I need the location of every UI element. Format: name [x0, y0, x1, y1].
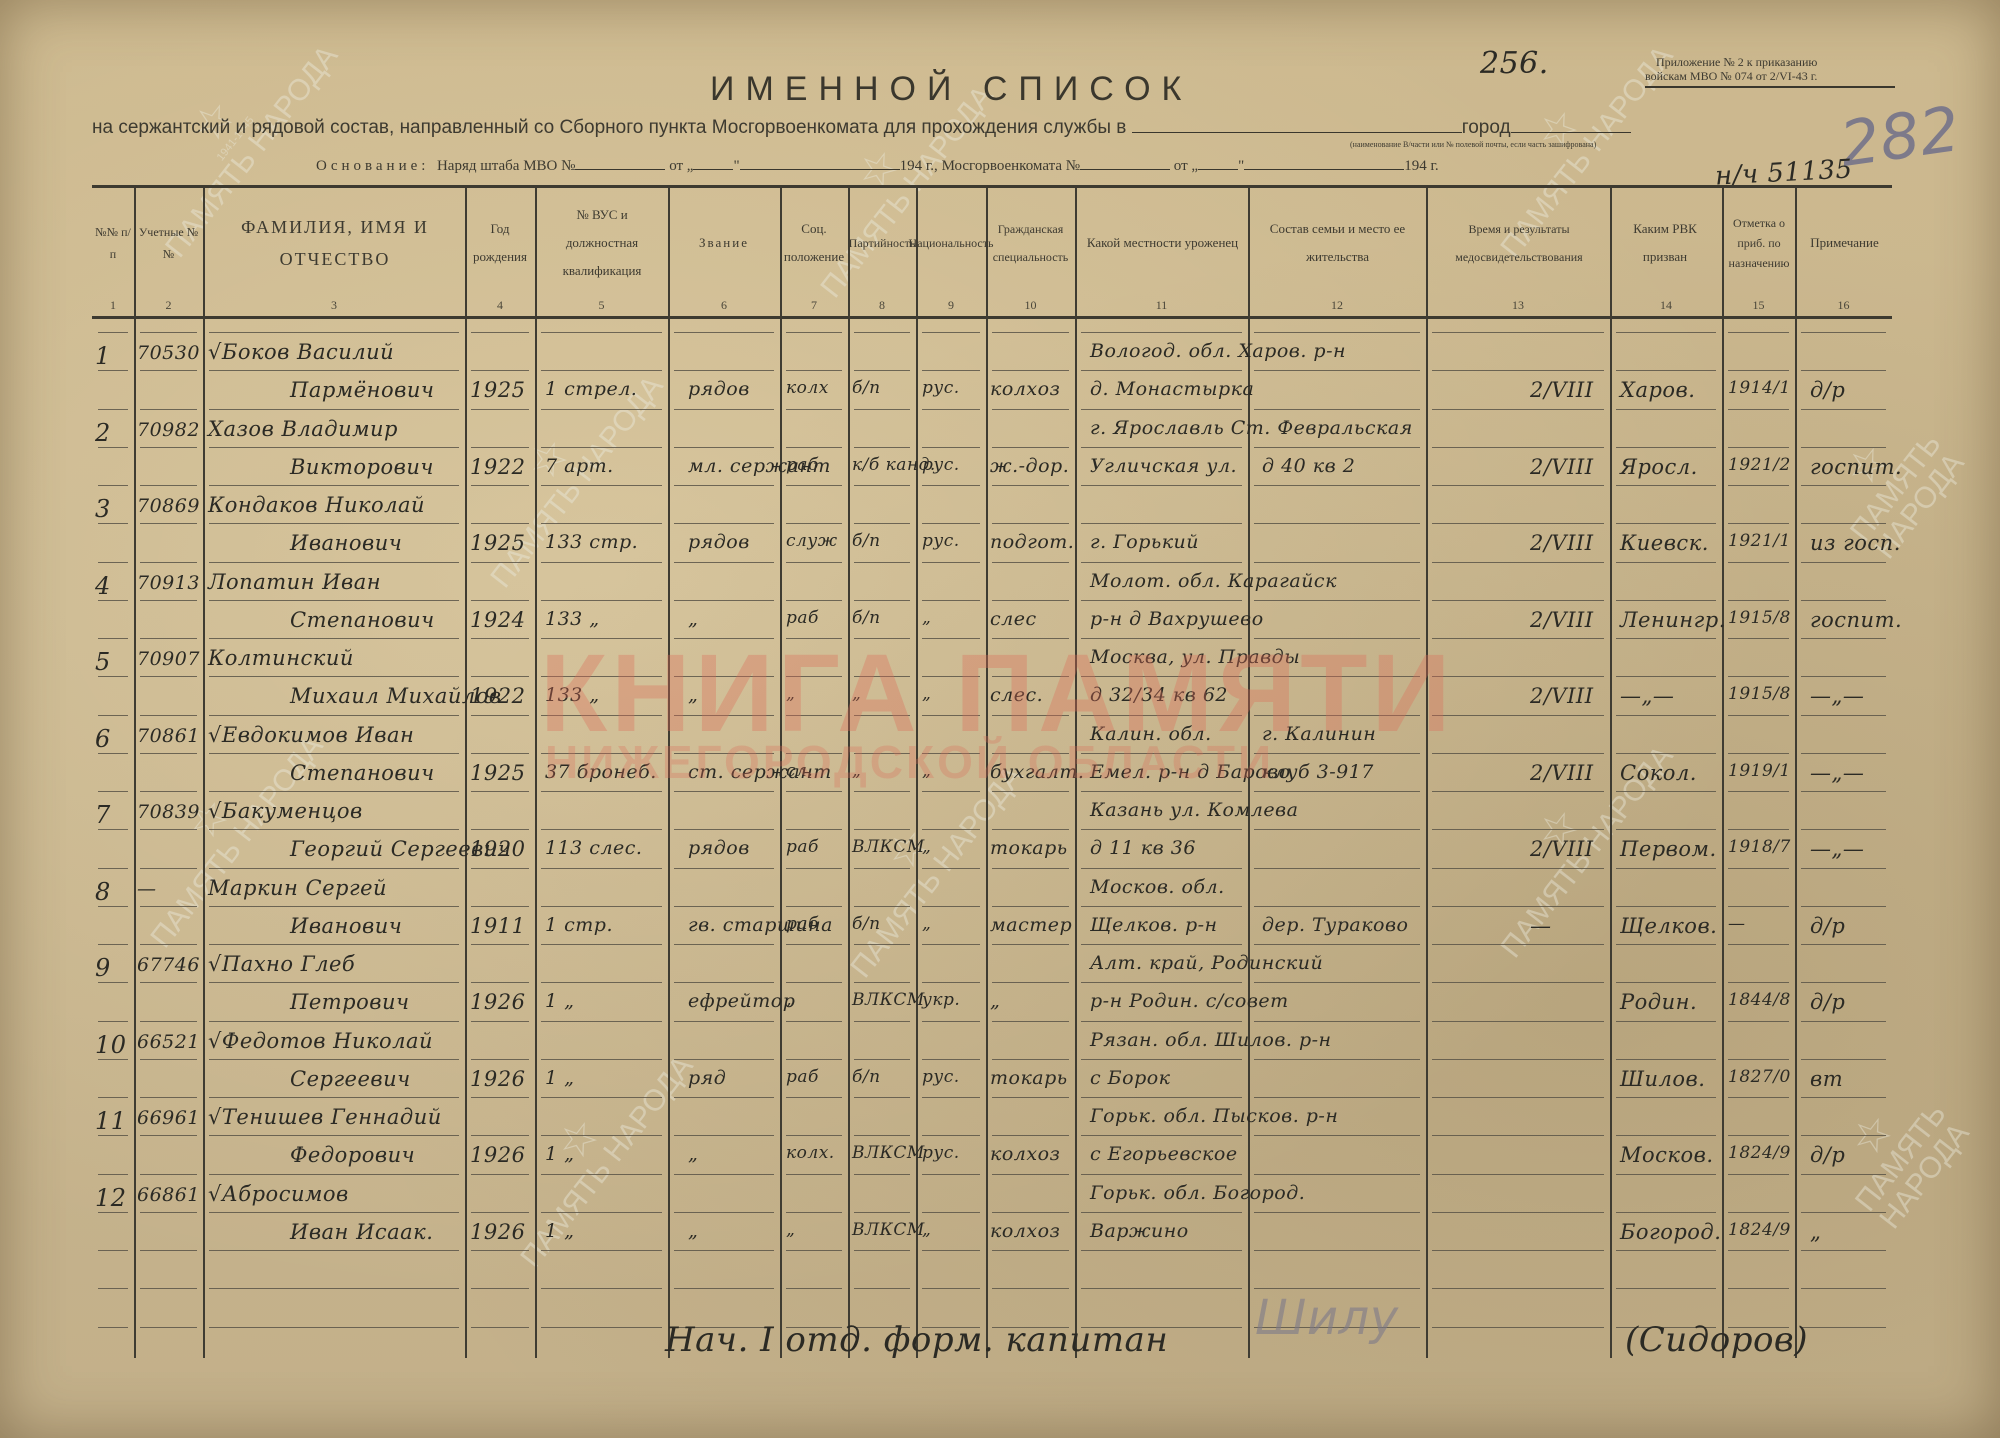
- ruled-line: [854, 485, 910, 486]
- ruled-line: [786, 485, 842, 486]
- ruled-line: [786, 1212, 842, 1213]
- ruled-line: [922, 600, 980, 601]
- ruled-line: [992, 1135, 1069, 1136]
- cell-rank: „: [688, 1143, 698, 1165]
- cell-spec: „: [990, 990, 1000, 1012]
- ruled-line: [1616, 791, 1716, 792]
- ruled-line: [1728, 447, 1789, 448]
- ruled-line: [992, 982, 1069, 983]
- ruled-line: [1728, 523, 1789, 524]
- ruled-line: [471, 370, 529, 371]
- column-number: 2: [134, 298, 203, 313]
- ruled-line: [1616, 485, 1716, 486]
- header-rank: Звание: [670, 195, 778, 290]
- cell-mark: 1921/1: [1728, 531, 1791, 551]
- ruled-line: [786, 868, 842, 869]
- ruled-line: [1728, 753, 1789, 754]
- ruled-line: [1254, 1097, 1420, 1098]
- ruled-line: [140, 753, 197, 754]
- ruled-line: [1081, 485, 1242, 486]
- ruled-line: [209, 523, 459, 524]
- ruled-line: [140, 562, 197, 563]
- ruled-line: [471, 1021, 529, 1022]
- ruled-line: [1616, 370, 1716, 371]
- ruled-line: [1432, 1097, 1604, 1098]
- ruled-line: [922, 791, 980, 792]
- ruled-line: [140, 868, 197, 869]
- header-birth-year: Год рождения: [467, 195, 533, 290]
- ruled-line: [1616, 332, 1716, 333]
- ruled-line: [854, 1212, 910, 1213]
- ruled-line: [674, 944, 774, 945]
- ruled-line: [140, 1288, 197, 1289]
- ruled-line: [1432, 562, 1604, 563]
- cell-n: 2: [95, 419, 111, 447]
- ruled-line: [209, 868, 459, 869]
- ruled-line: [1728, 982, 1789, 983]
- cell-med: 2/VIII: [1530, 684, 1594, 708]
- ruled-line: [1254, 791, 1420, 792]
- ruled-line: [1728, 1250, 1789, 1251]
- cell-name1: Колтинский: [208, 646, 354, 670]
- cell-name2: Иван Исаак.: [290, 1220, 433, 1244]
- basis-line: Основание: Наряд штаба МВО № от „"194 г.…: [316, 155, 1439, 175]
- ruled-line: [854, 523, 910, 524]
- ruled-line: [674, 1288, 774, 1289]
- cell-mark: 1921/2: [1728, 455, 1791, 475]
- ruled-line: [674, 1021, 774, 1022]
- ruled-line: [209, 791, 459, 792]
- ruled-line: [98, 715, 128, 716]
- ruled-line: [140, 791, 197, 792]
- header-arrival-mark: Отметка о приб. по назначению: [1724, 195, 1794, 290]
- cell-name2: Степанович: [290, 761, 435, 785]
- cell-vus: 133 стр.: [545, 531, 638, 553]
- cell-mark: 1919/1: [1728, 761, 1791, 781]
- ruled-line: [541, 829, 662, 830]
- ruled-line: [786, 1097, 842, 1098]
- ruled-line: [854, 1250, 910, 1251]
- ruled-line: [1728, 906, 1789, 907]
- ruled-line: [541, 868, 662, 869]
- ruled-line: [140, 600, 197, 601]
- ruled-line: [1616, 600, 1716, 601]
- cell-rvk: Харов.: [1620, 378, 1695, 402]
- appendix-underline: [1645, 86, 1895, 88]
- ruled-line: [786, 600, 842, 601]
- ruled-line: [1616, 715, 1716, 716]
- ruled-line: [1254, 944, 1420, 945]
- ruled-line: [854, 1174, 910, 1175]
- ruled-line: [1432, 638, 1604, 639]
- ruled-line: [1616, 982, 1716, 983]
- ruled-line: [1081, 1097, 1242, 1098]
- cell-origin2: д 11 кв 36: [1090, 837, 1196, 859]
- ruled-line: [674, 332, 774, 333]
- cell-med: 2/VIII: [1530, 837, 1594, 861]
- ruled-line: [922, 370, 980, 371]
- col-divider: [465, 188, 467, 1358]
- cell-rvk: Богород.: [1620, 1220, 1721, 1244]
- ruled-line: [209, 1288, 459, 1289]
- ruled-line: [209, 1212, 459, 1213]
- cell-note: д/р: [1810, 1143, 1845, 1167]
- ruled-line: [541, 906, 662, 907]
- ruled-line: [1081, 409, 1242, 410]
- cell-year: 1926: [470, 1220, 525, 1244]
- ruled-line: [471, 523, 529, 524]
- col-divider: [1795, 188, 1797, 1358]
- cell-vus: 1 „: [545, 990, 574, 1012]
- ruled-line: [1432, 868, 1604, 869]
- column-number: 5: [535, 298, 668, 313]
- ruled-line: [1728, 1212, 1789, 1213]
- ruled-line: [1432, 829, 1604, 830]
- cell-year: 1926: [470, 990, 525, 1014]
- ruled-line: [1081, 944, 1242, 945]
- ruled-line: [541, 485, 662, 486]
- cell-n: 3: [95, 495, 111, 523]
- ruled-line: [1616, 676, 1716, 677]
- header-social-status: Соц. положение: [782, 195, 846, 290]
- ruled-line: [786, 447, 842, 448]
- ruled-line: [1801, 562, 1886, 563]
- ruled-line: [98, 1250, 128, 1251]
- ruled-line: [1254, 868, 1420, 869]
- ruled-line: [541, 1021, 662, 1022]
- ruled-line: [209, 1174, 459, 1175]
- ruled-line: [922, 1021, 980, 1022]
- ruled-line: [1081, 791, 1242, 792]
- cell-spec: токарь: [990, 1067, 1068, 1089]
- cell-rank: ряд: [688, 1067, 726, 1089]
- cell-party: б/п: [852, 531, 881, 551]
- ruled-line: [98, 753, 128, 754]
- ruled-line: [992, 1059, 1069, 1060]
- ruled-line: [674, 523, 774, 524]
- cell-mark: —: [1728, 914, 1746, 934]
- ruled-line: [674, 1059, 774, 1060]
- cell-n: 5: [95, 648, 111, 676]
- ruled-line: [922, 523, 980, 524]
- ruled-line: [471, 1135, 529, 1136]
- ruled-line: [1081, 1059, 1242, 1060]
- ruled-line: [1432, 1288, 1604, 1289]
- ruled-line: [140, 1097, 197, 1098]
- ruled-line: [1081, 1250, 1242, 1251]
- cell-name1: √Евдокимов Иван: [208, 723, 414, 747]
- ruled-line: [1081, 906, 1242, 907]
- ruled-line: [471, 906, 529, 907]
- ruled-line: [541, 1135, 662, 1136]
- ruled-line: [1728, 868, 1789, 869]
- ruled-line: [1432, 1250, 1604, 1251]
- cell-origin1: г. Ярославль Ст. Февральская: [1090, 417, 1413, 439]
- ruled-line: [992, 1288, 1069, 1289]
- ruled-line: [541, 1174, 662, 1175]
- ruled-line: [1081, 868, 1242, 869]
- ruled-line: [471, 1327, 529, 1328]
- ruled-line: [992, 485, 1069, 486]
- ruled-line: [140, 1327, 197, 1328]
- ruled-line: [1801, 715, 1886, 716]
- ruled-line: [1432, 1135, 1604, 1136]
- column-number: 13: [1426, 298, 1610, 313]
- cell-soc: раб: [786, 608, 819, 628]
- cell-n: 1: [95, 342, 111, 370]
- ruled-line: [1616, 944, 1716, 945]
- document-subtitle: на сержантский и рядовой состав, направл…: [92, 117, 1631, 139]
- ruled-line: [992, 447, 1069, 448]
- column-number: 16: [1795, 298, 1892, 313]
- ruled-line: [854, 906, 910, 907]
- pencil-signature: Шилу: [1255, 1290, 1399, 1346]
- cell-year: 1925: [470, 531, 525, 555]
- ruled-line: [992, 562, 1069, 563]
- column-number: 8: [848, 298, 916, 313]
- ruled-line: [1801, 1250, 1886, 1251]
- cell-acc: 70839: [137, 801, 200, 823]
- ruled-line: [140, 332, 197, 333]
- cell-origin2: р-н д Вахрушево: [1090, 608, 1264, 630]
- ruled-line: [854, 1135, 910, 1136]
- ruled-line: [674, 447, 774, 448]
- ruled-line: [1616, 829, 1716, 830]
- ruled-line: [1801, 906, 1886, 907]
- ruled-line: [922, 409, 980, 410]
- ruled-line: [471, 1097, 529, 1098]
- ruled-line: [98, 370, 128, 371]
- ruled-line: [1254, 485, 1420, 486]
- cell-spec: колхоз: [990, 1220, 1060, 1242]
- cell-acc: 66521: [137, 1031, 200, 1053]
- cell-year: 1922: [470, 455, 525, 479]
- ruled-line: [1432, 1059, 1604, 1060]
- ruled-line: [1801, 1288, 1886, 1289]
- header-family: Состав семьи и место ее жительства: [1255, 195, 1420, 290]
- ruled-line: [98, 523, 128, 524]
- table-header-border: [92, 316, 1892, 319]
- cell-nat: „: [922, 608, 931, 628]
- ruled-line: [674, 982, 774, 983]
- cell-n: 4: [95, 572, 111, 600]
- col-divider: [134, 188, 136, 1358]
- ruled-line: [786, 1174, 842, 1175]
- ruled-line: [922, 1059, 980, 1060]
- ruled-line: [98, 1021, 128, 1022]
- cell-year: 1920: [470, 837, 525, 861]
- column-number: 15: [1722, 298, 1795, 313]
- cell-year: 1926: [470, 1067, 525, 1091]
- ruled-line: [854, 332, 910, 333]
- cell-name1: √Боков Василий: [208, 340, 394, 364]
- unit-blank: [1132, 118, 1462, 133]
- cell-acc: —: [137, 878, 157, 900]
- ruled-line: [98, 829, 128, 830]
- cell-soc: раб: [786, 914, 819, 934]
- ruled-line: [674, 1250, 774, 1251]
- ruled-line: [209, 332, 459, 333]
- ruled-line: [1081, 370, 1242, 371]
- ruled-line: [1801, 370, 1886, 371]
- ruled-line: [1801, 1212, 1886, 1213]
- ruled-line: [471, 1174, 529, 1175]
- ruled-line: [471, 715, 529, 716]
- column-number: 6: [668, 298, 780, 313]
- ruled-line: [1728, 676, 1789, 677]
- ruled-line: [992, 829, 1069, 830]
- ruled-line: [992, 370, 1069, 371]
- cell-vus: 1 „: [545, 1220, 574, 1242]
- ruled-line: [209, 485, 459, 486]
- ruled-line: [992, 1174, 1069, 1175]
- ruled-line: [1801, 1097, 1886, 1098]
- ruled-line: [922, 906, 980, 907]
- col-divider: [1426, 188, 1428, 1358]
- cell-party: б/п: [852, 1067, 881, 1087]
- header-civil-specialty: Гражданская специальность: [988, 195, 1073, 290]
- cell-name1: Лопатин Иван: [208, 570, 381, 594]
- ruled-line: [1081, 562, 1242, 563]
- ruled-line: [1801, 982, 1886, 983]
- ruled-line: [1432, 523, 1604, 524]
- ruled-line: [1432, 1021, 1604, 1022]
- ruled-line: [98, 409, 128, 410]
- ruled-line: [1432, 1174, 1604, 1175]
- ruled-line: [1616, 753, 1716, 754]
- cell-year: 1924: [470, 608, 525, 632]
- cell-mark: 1824/9: [1728, 1143, 1791, 1163]
- cell-note: —„—: [1810, 837, 1864, 861]
- cell-name1: Хазов Владимир: [208, 417, 398, 441]
- ruled-line: [140, 1174, 197, 1175]
- ruled-line: [140, 1250, 197, 1251]
- cell-vus: 1 „: [545, 1143, 574, 1165]
- cell-note: —„—: [1810, 761, 1864, 785]
- ruled-line: [1616, 1059, 1716, 1060]
- ruled-line: [209, 562, 459, 563]
- ruled-line: [140, 409, 197, 410]
- ruled-line: [922, 1097, 980, 1098]
- col-divider: [1610, 188, 1612, 1358]
- region-watermark: НИЖЕГОРОДСКОЙ ОБЛАСТИ: [545, 735, 1274, 789]
- ruled-line: [992, 906, 1069, 907]
- ruled-line: [541, 1059, 662, 1060]
- cell-spec: токарь: [990, 837, 1068, 859]
- ruled-line: [992, 409, 1069, 410]
- cell-rvk: —„—: [1620, 684, 1674, 708]
- col-divider: [203, 188, 205, 1358]
- ruled-line: [98, 906, 128, 907]
- ruled-line: [1728, 944, 1789, 945]
- cell-rank: рядов: [688, 378, 750, 400]
- header-note: Примечание: [1797, 195, 1892, 290]
- cell-name1: √Пахно Глеб: [208, 952, 355, 976]
- column-number: 1: [92, 298, 134, 313]
- signature-line: Нач. I отд. форм. капитан: [665, 1320, 1168, 1360]
- document-sheet: ☆1941-1945ПАМЯТЬ НАРОДА ☆ПАМЯТЬ НАРОДА ☆…: [0, 0, 2000, 1438]
- ruled-line: [1432, 447, 1604, 448]
- cell-med: 2/VIII: [1530, 531, 1594, 555]
- ruled-line: [209, 944, 459, 945]
- ruled-line: [922, 944, 980, 945]
- ruled-line: [471, 562, 529, 563]
- cell-rank: рядов: [688, 531, 750, 553]
- ruled-line: [854, 791, 910, 792]
- ruled-line: [786, 1021, 842, 1022]
- column-number: 10: [986, 298, 1075, 313]
- ruled-line: [1432, 409, 1604, 410]
- ruled-line: [674, 485, 774, 486]
- ruled-line: [1254, 1021, 1420, 1022]
- cell-acc: 66961: [137, 1107, 200, 1129]
- header-rvk: Каким РВК призван: [1615, 195, 1715, 290]
- ruled-line: [786, 562, 842, 563]
- ruled-line: [541, 523, 662, 524]
- cell-name2: Иванович: [290, 914, 402, 938]
- cell-nat: рус.: [922, 455, 960, 475]
- cell-name2: Степанович: [290, 608, 435, 632]
- ruled-line: [1728, 485, 1789, 486]
- cell-mark: 1824/9: [1728, 1220, 1791, 1240]
- cell-origin1: Рязан. обл. Шилов. р-н: [1090, 1029, 1332, 1051]
- ruled-line: [1728, 1097, 1789, 1098]
- ruled-line: [1081, 982, 1242, 983]
- ruled-line: [209, 1059, 459, 1060]
- cell-mark: 1844/8: [1728, 990, 1791, 1010]
- ruled-line: [140, 523, 197, 524]
- cell-name1: √Абросимов: [208, 1182, 349, 1206]
- cell-party: б/п: [852, 608, 881, 628]
- column-number: 3: [203, 298, 465, 313]
- ruled-line: [140, 715, 197, 716]
- cell-vus: 7 арт.: [545, 455, 614, 477]
- cell-nat: „: [922, 1220, 931, 1240]
- appendix-note: Приложение № 2 к приказанию войскам МВО …: [1645, 55, 1817, 83]
- ruled-line: [140, 1135, 197, 1136]
- ruled-line: [1616, 447, 1716, 448]
- cell-acc: 67746: [137, 954, 200, 976]
- cell-origin2: Щелков. р-н: [1090, 914, 1218, 936]
- cell-soc: „: [786, 990, 795, 1010]
- ruled-line: [854, 829, 910, 830]
- ruled-line: [1254, 409, 1420, 410]
- ruled-line: [541, 1250, 662, 1251]
- cell-name1: √Федотов Николай: [208, 1029, 433, 1053]
- ruled-line: [1432, 370, 1604, 371]
- cell-name1: √Тенишев Геннадий: [208, 1105, 442, 1129]
- ruled-line: [1616, 906, 1716, 907]
- cell-soc: раб: [786, 1067, 819, 1087]
- cell-note: „: [1810, 1220, 1821, 1244]
- cell-acc: 70907: [137, 648, 200, 670]
- ruled-line: [1801, 868, 1886, 869]
- cell-rvk: Ленингр.: [1620, 608, 1726, 632]
- ruled-line: [471, 982, 529, 983]
- cell-med: 2/VIII: [1530, 608, 1594, 632]
- cell-nat: рус.: [922, 1143, 960, 1163]
- ruled-line: [674, 409, 774, 410]
- ruled-line: [1801, 332, 1886, 333]
- ruled-line: [98, 600, 128, 601]
- cell-acc: 70869: [137, 495, 200, 517]
- cell-rvk: Шилов.: [1620, 1067, 1705, 1091]
- cell-name2: Викторович: [290, 455, 434, 479]
- ruled-line: [922, 1135, 980, 1136]
- header-account-number: Учетные №№: [134, 195, 203, 290]
- ruled-line: [541, 447, 662, 448]
- ruled-line: [1616, 1250, 1716, 1251]
